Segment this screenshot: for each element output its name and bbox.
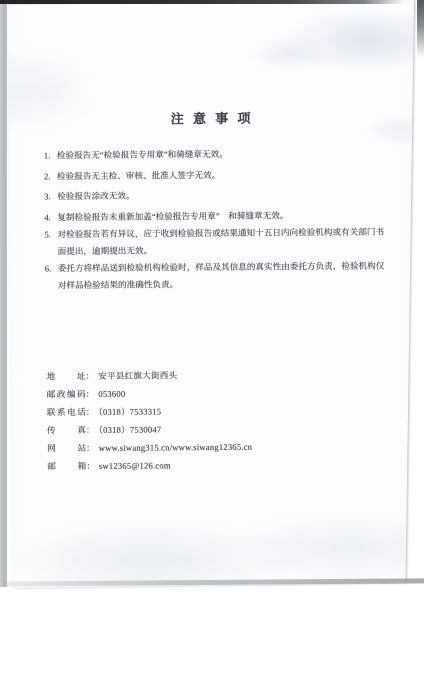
contact-value: sw12365@126.com [99,460,171,471]
item-number: 5. [44,226,57,260]
contact-label: 邮箱 [47,456,86,474]
contact-label: 网站 [47,438,86,456]
item-number: 3. [44,188,57,205]
item-text: 委托方将样品送到检验机构检验时，样品及其信息的真实性由委托方负责，检验机构仅对样… [58,257,392,294]
contact-value: 安平县红旗大街西头 [98,370,177,381]
contact-value: （0318）7530047 [99,424,162,434]
contact-colon: ： [86,442,95,452]
contact-label: 传真 [47,420,86,438]
contact-row-email: 邮箱：sw12365@126.com [47,454,424,475]
contact-colon: ： [86,370,95,380]
contact-label: 联系电话 [47,402,86,420]
contact-block: 地址：安平县红旗大街西头 邮政编码：053600 联系电话：（0318）7533… [47,364,424,475]
item-text: 检验报告无“检验报告专用章”和骑缝章无效。 [57,145,391,165]
contact-label: 地址 [47,366,86,384]
contact-colon: ： [86,406,95,416]
contact-colon: ： [86,424,95,434]
notice-content: 注 意 事 项 1. 检验报告无“检验报告专用章”和骑缝章无效。 2. 检验报告… [0,0,424,622]
contact-value: 053600 [98,388,125,398]
notice-item: 6. 委托方将样品送到检验机构检验时，样品及其信息的真实性由委托方负责，检验机构… [45,257,392,294]
scan-right-edge-mark [417,0,424,58]
scan-top-edge-line [0,0,404,4]
notice-item: 3. 检验报告涂改无效。 [44,186,391,206]
notice-item: 1. 检验报告无“检验报告专用章”和骑缝章无效。 [44,145,391,165]
notice-item: 2. 检验报告无主检、审核、批准人签字无效。 [44,165,391,185]
item-number: 4. [44,209,57,226]
notice-list: 1. 检验报告无“检验报告专用章”和骑缝章无效。 2. 检验报告无主检、审核、批… [44,145,392,294]
item-text: 检验报告无主检、审核、批准人签字无效。 [57,165,391,185]
item-text: 检验报告涂改无效。 [57,186,391,206]
notice-item: 5. 对检验报告若有异议，应于收到检验报告或结果通知十五日内向检验机构或有关部门… [44,223,391,260]
contact-colon: ： [86,460,95,470]
paper-shadow-wrap: 注 意 事 项 1. 检验报告无“检验报告专用章”和骑缝章无效。 2. 检验报告… [0,0,424,700]
paper-sheet: 注 意 事 项 1. 检验报告无“检验报告专用章”和骑缝章无效。 2. 检验报告… [0,0,424,700]
contact-value: www.siwang315.cn/www.siwang12365.cn [99,441,252,452]
contact-value: （0318）7533315 [98,406,161,416]
notice-title: 注 意 事 项 [0,0,423,129]
scanned-document: 注 意 事 项 1. 检验报告无“检验报告专用章”和骑缝章无效。 2. 检验报告… [0,0,424,700]
item-number: 2. [44,168,57,185]
item-number: 1. [44,147,57,164]
contact-label: 邮政编码 [47,384,86,402]
contact-colon: ： [86,388,95,398]
item-number: 6. [45,260,58,294]
item-text: 对检验报告若有异议，应于收到检验报告或结果通知十五日内向检验机构或有关部门书面提… [57,223,391,260]
